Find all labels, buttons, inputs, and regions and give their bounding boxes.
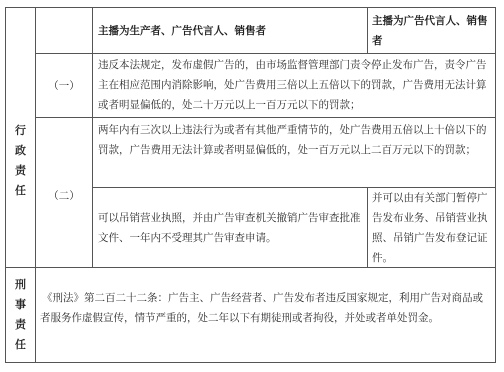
border-col3-bottom: [367, 187, 368, 268]
criminal-label-char: 责: [15, 315, 26, 335]
admin-label-char: 行: [15, 121, 26, 141]
admin-liability-label: 行 政 责 任: [6, 54, 35, 267]
header-endorser-seller: 主播为广告代言人、销售者: [372, 8, 492, 53]
row1-text: 违反本法规定，发布虚假广告的，由市场监督管理部门责令停止发布广告，责令广告主在相…: [98, 55, 492, 117]
row2-sub-left-text: 可以吊销营业执照，并由广告审查机关撤销广告审查批准文件、一年内不受理其广告审查申…: [98, 188, 362, 267]
border-right: [495, 7, 496, 363]
criminal-label-char: 事: [15, 295, 26, 315]
row2-sub-right-text: 并可以由有关部门暂停广告发布业务、吊销营业执照、吊销广告发布登记证件。: [372, 188, 492, 267]
border-bottom: [5, 362, 496, 363]
admin-label-char: 任: [15, 181, 26, 201]
row1-number: （一）: [36, 54, 92, 117]
border-col3-top: [367, 7, 368, 54]
criminal-label-char: 刑: [15, 275, 26, 295]
border-col2: [92, 7, 93, 268]
admin-label-char: 责: [15, 161, 26, 181]
row2-number: （二）: [36, 118, 92, 267]
criminal-liability-label: 刑 事 责 任: [6, 268, 35, 362]
criminal-liability-text: 《刑法》第二百二十二条：广告主、广告经营者、广告发布者违反国家规定，利用广告对商…: [40, 288, 492, 358]
border-header-bottom: [35, 53, 496, 54]
row2-text: 两年内有三次以上违法行为或者有其他严重情节的，处广告费用五倍以上十倍以下的罚款，…: [98, 120, 492, 186]
header-producer-endorser-seller: 主播为生产者、广告代言人、销售者: [98, 8, 364, 53]
admin-label-char: 政: [15, 141, 26, 161]
border-row1-bottom: [35, 117, 496, 118]
criminal-label-char: 任: [15, 335, 26, 355]
